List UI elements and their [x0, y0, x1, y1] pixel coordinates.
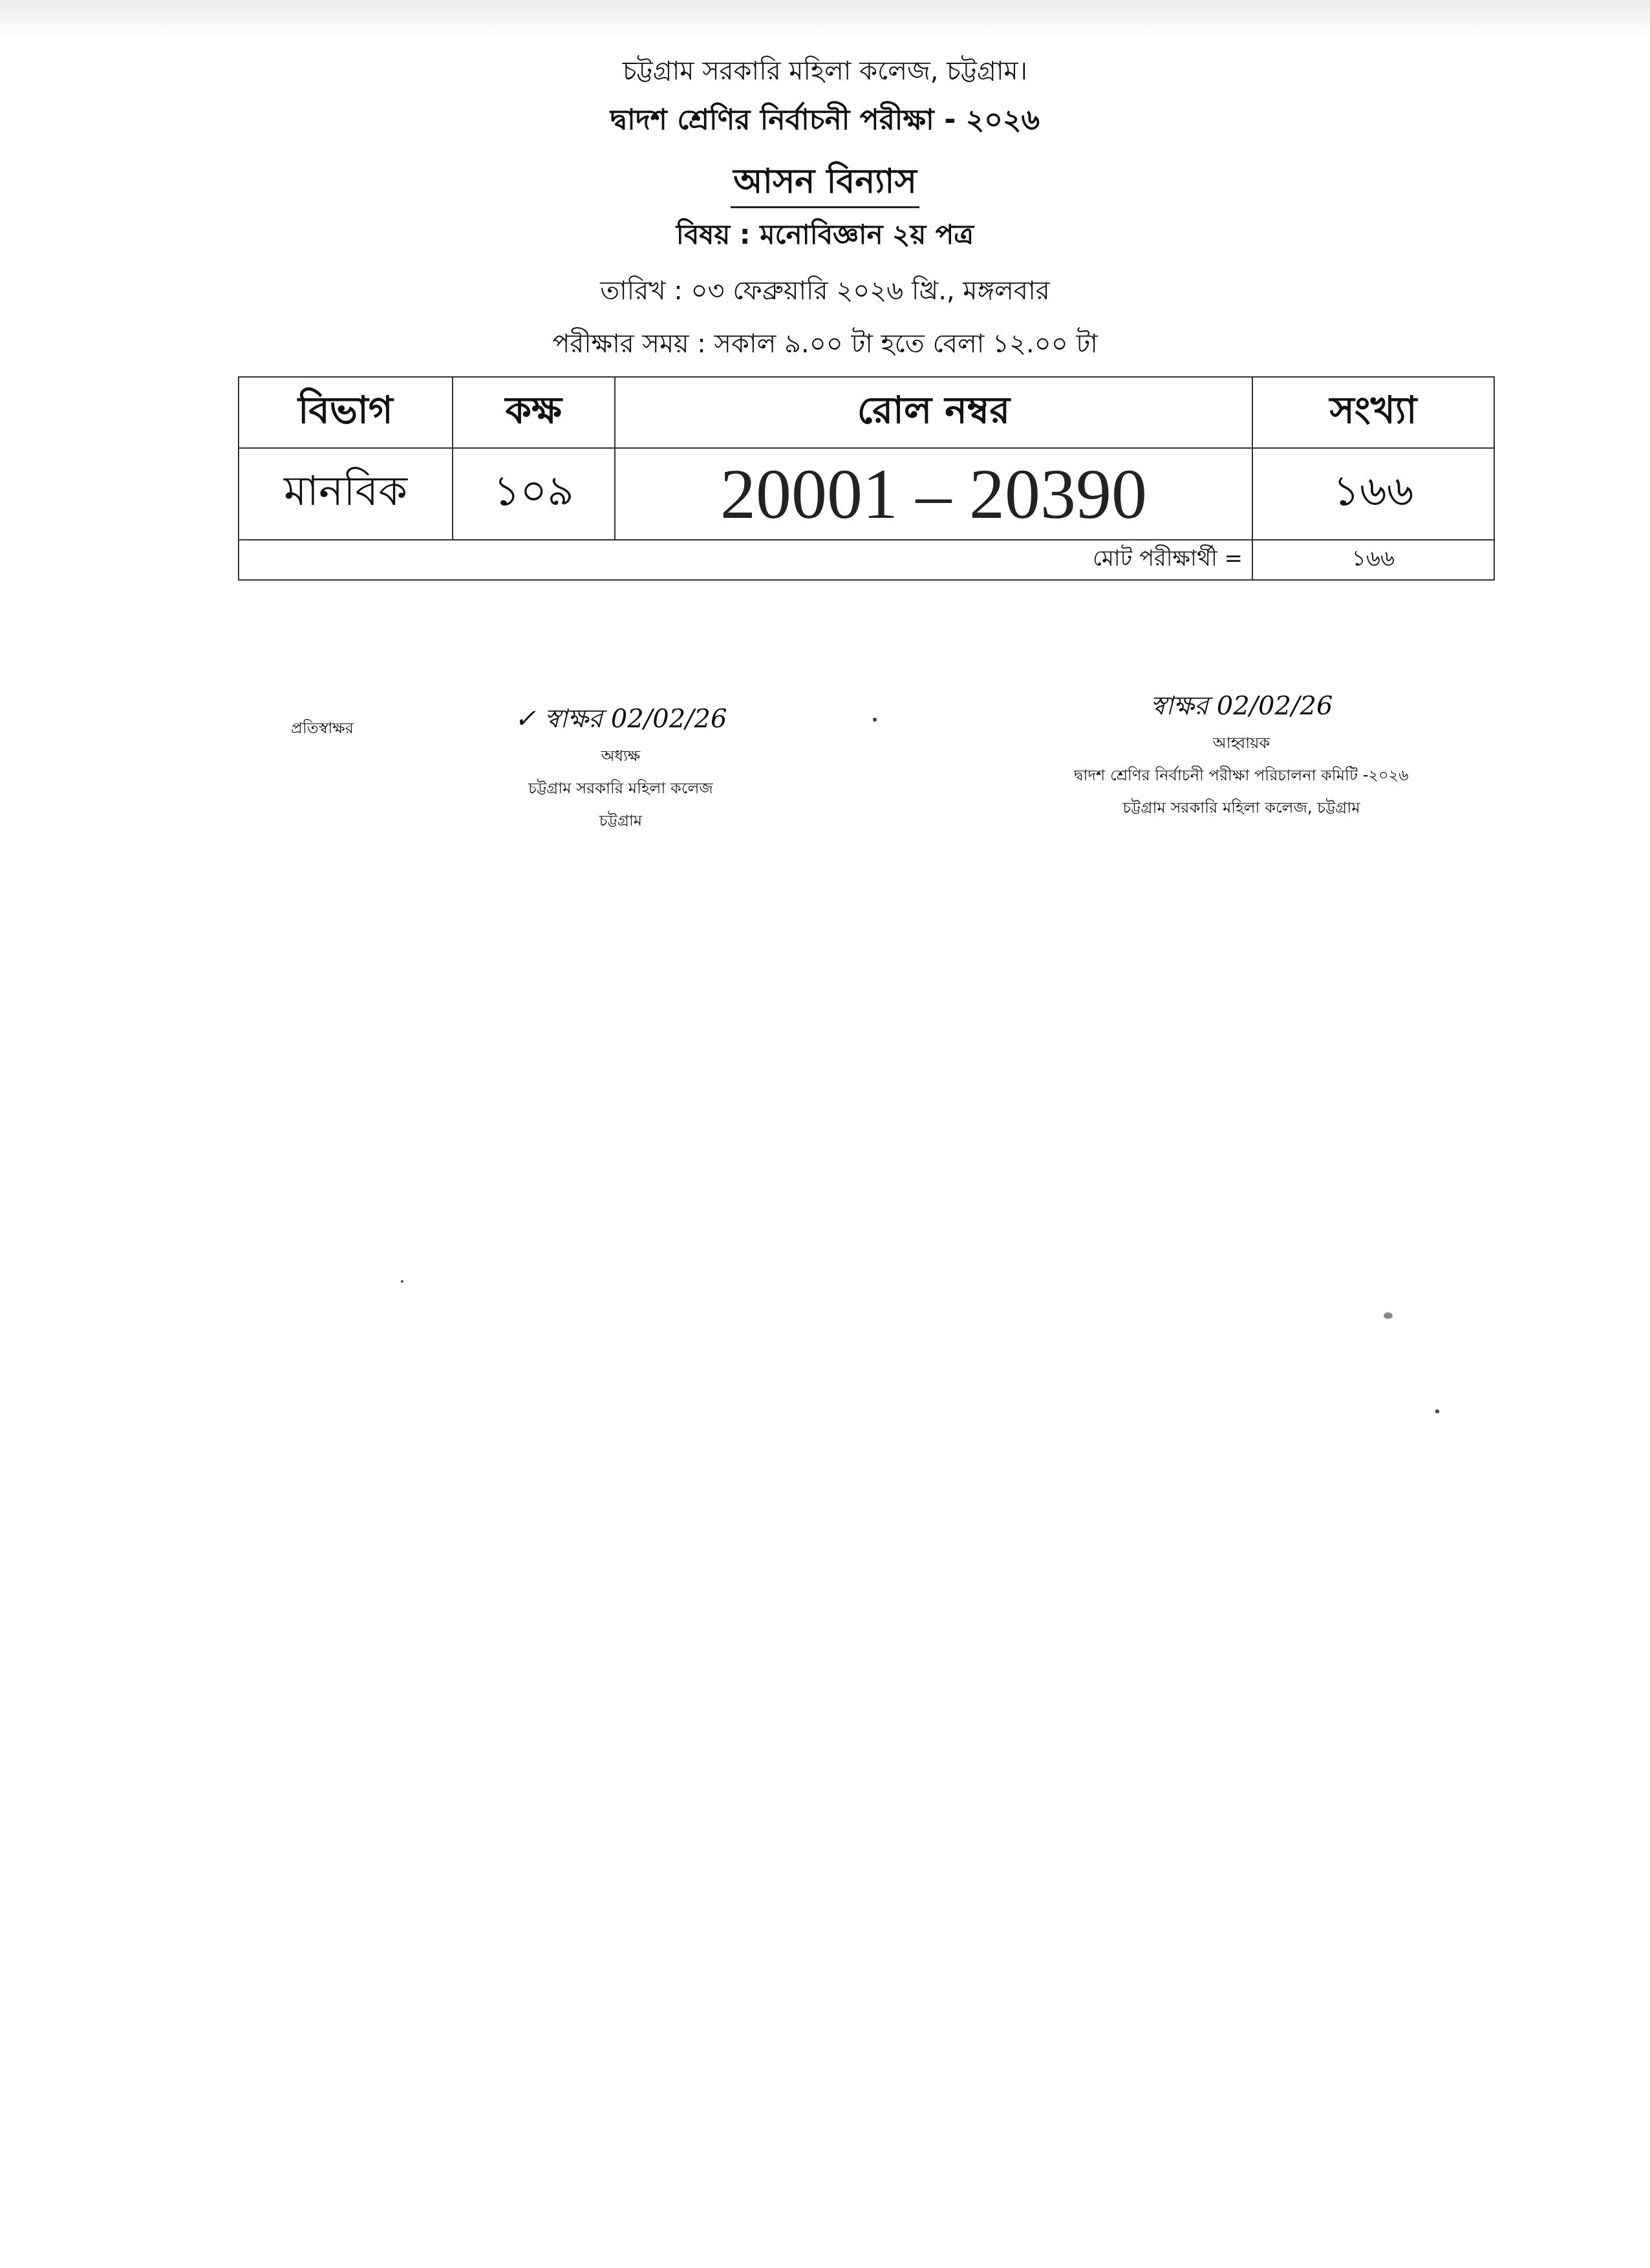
principal-role: অধ্যক্ষ: [453, 744, 789, 770]
scan-edge-shading: [0, 0, 1650, 39]
table-row: মানবিক ১০৯ 20001 – 20390 ১৬৬: [239, 448, 1494, 540]
convener-institution: চট্টগ্রাম সরকারি মহিলা কলেজ, চট্টগ্রাম: [1034, 796, 1448, 822]
cell-count: ১৬৬: [1252, 448, 1494, 540]
document-title: আসন বিন্যাস: [0, 155, 1650, 211]
convener-role: আহ্বায়ক: [1034, 731, 1448, 757]
convener-signature-block: স্বাক্ষর 02/02/26 আহ্বায়ক দ্বাদশ শ্রেণি…: [1034, 685, 1448, 822]
table-header-row: বিভাগ কক্ষ রোল নম্বর সংখ্যা: [239, 377, 1494, 448]
column-header-department: বিভাগ: [239, 377, 453, 448]
total-row: মোট পরীক্ষার্থী = ১৬৬: [239, 540, 1494, 580]
principal-institution: চট্টগ্রাম সরকারি মহিলা কলেজ: [453, 776, 789, 802]
total-label: মোট পরীক্ষার্থী =: [615, 540, 1252, 580]
cell-roll-range: 20001 – 20390: [615, 448, 1252, 540]
cell-room: ১০৯: [453, 448, 615, 540]
scan-speck: [1384, 1312, 1393, 1319]
countersign-label: প্রতিস্বাক্ষর: [291, 716, 354, 742]
convener-committee: দ্বাদশ শ্রেণির নির্বাচনী পরীক্ষা পরিচালন…: [1034, 764, 1448, 789]
total-row-blank: [239, 540, 615, 580]
convener-signature: স্বাক্ষর 02/02/26: [1034, 685, 1448, 729]
exam-date: তারিখ : ০৩ ফেব্রুয়ারি ২০২৬ খ্রি., মঙ্গল…: [0, 270, 1650, 314]
column-header-room: কক্ষ: [453, 377, 615, 448]
total-value: ১৬৬: [1252, 540, 1494, 580]
exam-time: পরীক্ষার সময় : সকাল ৯.০০ টা হতে বেলা ১২…: [0, 323, 1650, 367]
principal-signature-block: ✓ স্বাক্ষর 02/02/26 অধ্যক্ষ চট্টগ্রাম সর…: [453, 698, 789, 835]
scan-speck: [1435, 1409, 1439, 1413]
exam-title: দ্বাদশ শ্রেণির নির্বাচনী পরীক্ষা - ২০২৬: [0, 98, 1650, 145]
cell-department: মানবিক: [239, 448, 453, 540]
institution-name: চট্টগ্রাম সরকারি মহিলা কলেজ, চট্টগ্রাম।: [0, 50, 1650, 94]
column-header-count: সংখ্যা: [1252, 377, 1494, 448]
subject-line: বিষয় : মনোবিজ্ঞান ২য় পত্র: [0, 213, 1650, 259]
principal-signature: ✓ স্বাক্ষর 02/02/26: [453, 698, 789, 742]
column-header-roll-number: রোল নম্বর: [615, 377, 1252, 448]
scan-speck: [873, 718, 877, 722]
scan-speck: [401, 1280, 403, 1283]
principal-city: চট্টগ্রাম: [453, 809, 789, 835]
document-title-text: আসন বিন্যাস: [731, 162, 919, 208]
seat-plan-table: বিভাগ কক্ষ রোল নম্বর সংখ্যা মানবিক ১০৯ 2…: [238, 376, 1495, 581]
